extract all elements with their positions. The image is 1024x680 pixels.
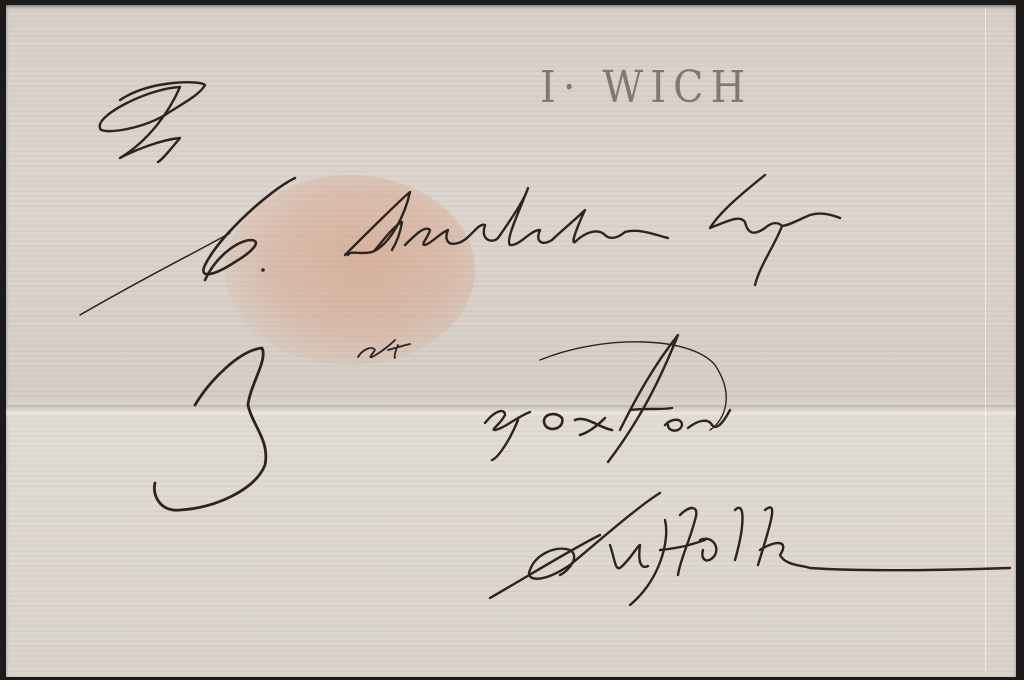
county-handwriting <box>490 493 1010 605</box>
preposition-handwriting <box>358 340 410 358</box>
postage-rate-handwriting <box>154 348 265 510</box>
routing-handwriting <box>100 82 205 162</box>
addressee-initial-handwriting <box>80 178 295 315</box>
addressee-name-handwriting <box>345 175 840 285</box>
handwriting-layer <box>0 0 1024 680</box>
town-handwriting <box>485 335 730 462</box>
